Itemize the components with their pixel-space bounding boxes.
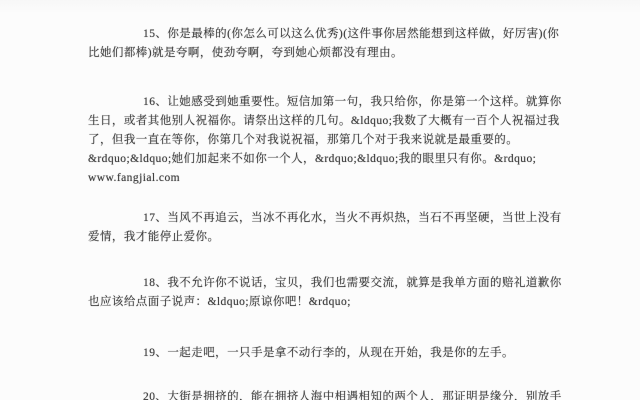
text-line: 19、一起走吧，一只手是拿不动行李的，从现在开始，我是你的左手。	[88, 344, 558, 363]
text-line: &rdquo;&ldquo;她们加起来不如你一个人，&rdquo;&ldquo;…	[88, 150, 558, 169]
text-line: 15、你是最棒的(你怎么可以这么优秀)(这件事你居然能想到这样做，好厉害)(你	[88, 25, 558, 44]
paragraph-19: 19、一起走吧，一只手是拿不动行李的，从现在开始，我是你的左手。	[88, 344, 558, 363]
article-page: 15、你是最棒的(你怎么可以这么优秀)(这件事你居然能想到这样做，好厉害)(你比…	[0, 0, 640, 400]
text-line: 也应该给点面子说声：&ldquo;原谅你吧！&rdquo;	[88, 293, 558, 312]
text-line: 了，但我一直在等你，你第几个对我说祝福，那第几个对于我来说就是最重要的。	[88, 131, 558, 150]
text-line: 18、我不允许你不说话，宝贝，我们也需要交流，就算是我单方面的赔礼道歉你	[88, 274, 558, 293]
text-line: 20、大街是拥挤的，能在拥挤人海中相遇相知的两个人，那证明是缘分，别放手	[88, 388, 558, 400]
text-line: 生日，或者其他别人祝福你。请祭出这样的几句。&ldquo;我数了大概有一百个人祝…	[88, 112, 558, 131]
document-body: 15、你是最棒的(你怎么可以这么优秀)(这件事你居然能想到这样做，好厉害)(你比…	[88, 0, 558, 400]
text-line: 爱情，我才能停止爱你。	[88, 228, 558, 247]
text-line: 比她们都棒)就是夸啊，使劲夸啊，夸到她心烦都没有理由。	[88, 44, 558, 63]
site-url-text: www.fangjial.com	[88, 169, 558, 188]
paragraph-20: 20、大街是拥挤的，能在拥挤人海中相遇相知的两个人，那证明是缘分，别放手	[88, 388, 558, 400]
paragraph-18: 18、我不允许你不说话，宝贝，我们也需要交流，就算是我单方面的赔礼道歉你也应该给…	[88, 274, 558, 312]
text-line: 16、让她感受到她重要性。短信加第一句，我只给你，你是第一个这样。就算你	[88, 93, 558, 112]
paragraph-17: 17、当风不再追云，当冰不再化水，当火不再炽热，当石不再坚硬，当世上没有爱情，我…	[88, 209, 558, 247]
paragraph-16: 16、让她感受到她重要性。短信加第一句，我只给你，你是第一个这样。就算你生日，或…	[88, 93, 558, 188]
text-line: 17、当风不再追云，当冰不再化水，当火不再炽热，当石不再坚硬，当世上没有	[88, 209, 558, 228]
paragraph-15: 15、你是最棒的(你怎么可以这么优秀)(这件事你居然能想到这样做，好厉害)(你比…	[88, 25, 558, 63]
